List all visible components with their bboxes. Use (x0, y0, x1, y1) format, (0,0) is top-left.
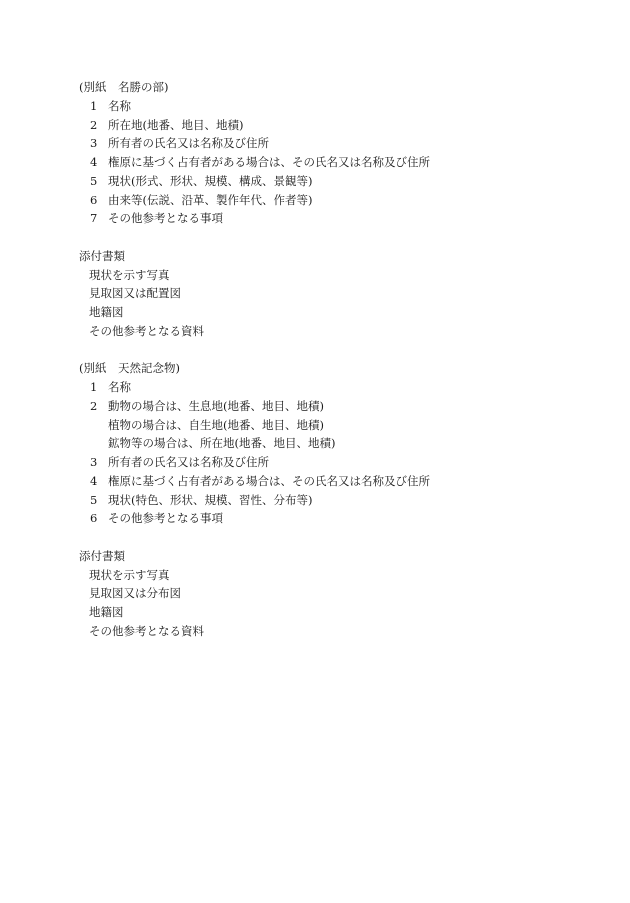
item-number: 4 (90, 472, 108, 491)
list-item: 5現状(形式、形状、規模、構成、景観等) (79, 172, 599, 191)
section-tennen-kinenbutsu: (別紙 天然記念物) 1名称 2動物の場合は、生息地(地番、地目、地積) 植物の… (79, 359, 599, 640)
item-number: 4 (90, 153, 108, 172)
item-text: 動物の場合は、生息地(地番、地目、地積) (108, 399, 324, 413)
item-text: 鉱物等の場合は、所在地(地番、地目、地積) (108, 436, 335, 450)
list-item: 4権原に基づく占有者がある場合は、その氏名又は名称及び住所 (79, 472, 599, 491)
item-text: 所有者の氏名又は名称及び住所 (108, 455, 269, 469)
spacer (79, 341, 599, 360)
list-item: 6由来等(伝説、沿革、製作年代、作者等) (79, 191, 599, 210)
list-item: 5現状(特色、形状、規模、習性、分布等) (79, 491, 599, 510)
section-meisho: (別紙 名勝の部) 1名称 2所在地(地番、地目、地積) 3所有者の氏名又は名称… (79, 78, 599, 341)
item-text: 現状(特色、形状、規模、習性、分布等) (108, 493, 312, 507)
item-number: 5 (90, 491, 108, 510)
item-text: 権原に基づく占有者がある場合は、その氏名又は名称及び住所 (108, 155, 430, 169)
item-number: 7 (90, 209, 108, 228)
attachment-item: 見取図又は配置図 (79, 284, 599, 303)
list-item: 7その他参考となる事項 (79, 209, 599, 228)
item-number: 5 (90, 172, 108, 191)
item-text: 権原に基づく占有者がある場合は、その氏名又は名称及び住所 (108, 474, 430, 488)
attachments-heading: 添付書類 (79, 247, 599, 266)
attachment-item: 現状を示す写真 (79, 266, 599, 285)
attachment-item: 地籍図 (79, 303, 599, 322)
item-number: 1 (90, 378, 108, 397)
attachment-item: 地籍図 (79, 603, 599, 622)
item-text: 由来等(伝説、沿革、製作年代、作者等) (108, 193, 312, 207)
item-number: 2 (90, 397, 108, 416)
item-number: 6 (90, 191, 108, 210)
item-number: 2 (90, 116, 108, 135)
item-text: 所在地(地番、地目、地積) (108, 118, 243, 132)
item-number: 3 (90, 453, 108, 472)
attachment-item: その他参考となる資料 (79, 322, 599, 341)
item-number: 1 (90, 97, 108, 116)
item-text: その他参考となる事項 (108, 511, 223, 525)
list-item: 4権原に基づく占有者がある場合は、その氏名又は名称及び住所 (79, 153, 599, 172)
list-item: 3所有者の氏名又は名称及び住所 (79, 453, 599, 472)
list-item: 2動物の場合は、生息地(地番、地目、地積) (79, 397, 599, 416)
spacer (79, 528, 599, 547)
list-item: 植物の場合は、自生地(地番、地目、地積) (79, 416, 599, 435)
item-text: 所有者の氏名又は名称及び住所 (108, 136, 269, 150)
list-item: 2所在地(地番、地目、地積) (79, 116, 599, 135)
item-text: 名称 (108, 99, 131, 113)
document-page: (別紙 名勝の部) 1名称 2所在地(地番、地目、地積) 3所有者の氏名又は名称… (79, 78, 599, 641)
item-text: 植物の場合は、自生地(地番、地目、地積) (108, 418, 324, 432)
attachment-item: 見取図又は分布図 (79, 584, 599, 603)
spacer (79, 228, 599, 247)
attachment-item: その他参考となる資料 (79, 622, 599, 641)
item-number: 3 (90, 134, 108, 153)
list-item: 鉱物等の場合は、所在地(地番、地目、地積) (79, 434, 599, 453)
list-item: 1名称 (79, 378, 599, 397)
attachment-item: 現状を示す写真 (79, 566, 599, 585)
list-item: 3所有者の氏名又は名称及び住所 (79, 134, 599, 153)
item-number: 6 (90, 509, 108, 528)
item-text: 名称 (108, 380, 131, 394)
item-text: その他参考となる事項 (108, 211, 223, 225)
section-heading: (別紙 名勝の部) (79, 78, 599, 97)
attachments-heading: 添付書類 (79, 547, 599, 566)
list-item: 6その他参考となる事項 (79, 509, 599, 528)
list-item: 1名称 (79, 97, 599, 116)
item-text: 現状(形式、形状、規模、構成、景観等) (108, 174, 312, 188)
section-heading: (別紙 天然記念物) (79, 359, 599, 378)
